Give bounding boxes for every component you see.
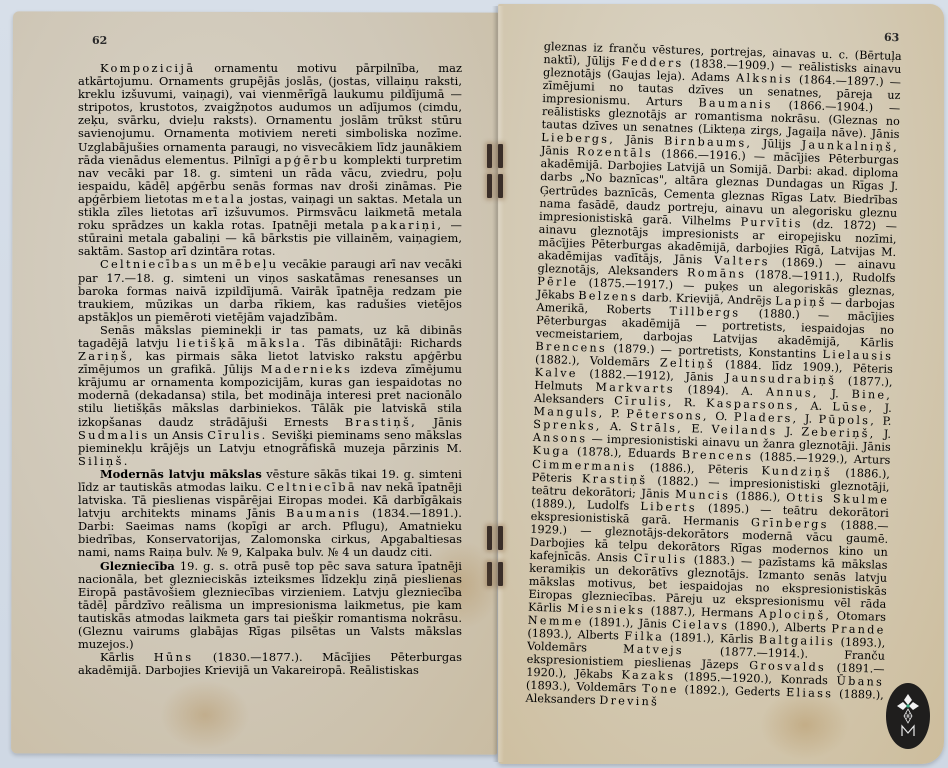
spaced-emphasis: Sudmalis xyxy=(78,428,150,442)
page-number-left: 62 xyxy=(92,34,107,47)
text-run: J. xyxy=(777,425,801,439)
paragraph: Celtniecības un mēbeļu vecākie paraugi a… xyxy=(78,258,462,323)
page-number-right: 63 xyxy=(884,31,900,45)
spaced-emphasis: Madernieks xyxy=(261,362,352,376)
text-run: un Ansis xyxy=(150,428,208,442)
text-run: R. xyxy=(674,396,707,410)
paragraph: Kārlis Hūns (1830.—1877.). Mācījies Pēte… xyxy=(78,651,462,677)
spaced-emphasis: Celtniecības xyxy=(100,257,199,271)
text-run: un xyxy=(199,257,222,271)
paragraph: Kompozicijā ornamentu motivu pārpilnība,… xyxy=(78,62,462,258)
spaced-emphasis: Bine, xyxy=(851,388,892,402)
bold-heading: Modernās latvju mākslas xyxy=(100,467,262,481)
spaced-emphasis: Filka xyxy=(624,630,664,644)
spaced-emphasis: Zariņš, xyxy=(78,349,135,363)
text-run: E. xyxy=(683,422,712,436)
watermark-logo xyxy=(886,683,930,749)
spaced-emphasis: Baumanis xyxy=(286,506,361,520)
text-run: J. xyxy=(874,402,892,415)
bold-heading: Glezniecība xyxy=(100,559,175,573)
text-run: P. xyxy=(604,407,626,421)
spaced-emphasis: Cīrulis. xyxy=(207,428,267,442)
spaced-emphasis: Eliass xyxy=(786,686,834,700)
water-stain xyxy=(160,680,250,750)
text-run: (1892.), Gederts xyxy=(678,683,786,699)
spaced-emphasis: Ūbans xyxy=(836,675,884,689)
spaced-emphasis: Pērle xyxy=(537,275,579,289)
right-page-text: gleznas iz franču vēstures, portrejas, a… xyxy=(525,40,901,715)
text-run: Jānis xyxy=(615,133,664,147)
spaced-emphasis: mēbeļu xyxy=(222,257,278,271)
text-run: J. xyxy=(819,387,852,401)
text-run: Jānis xyxy=(541,144,577,158)
text-run: 19. g. s. otrā pusē top pēc sava satura … xyxy=(78,559,462,652)
text-run: Jūlijs xyxy=(752,137,802,151)
spaced-emphasis: apģērbu xyxy=(275,153,339,167)
spaced-emphasis: lietišķā māksla. xyxy=(177,336,308,350)
spaced-emphasis: Kalve xyxy=(535,366,578,380)
left-page-text: Kompozicijā ornamentu motivu pārpilnība,… xyxy=(78,62,462,677)
text-run: Kārlis xyxy=(100,650,154,664)
text-run: Tās dibinātāji: Richards xyxy=(307,336,462,350)
book-gutter xyxy=(492,6,504,762)
spaced-emphasis: metala xyxy=(192,192,245,206)
folk-ornament-logo-icon xyxy=(893,690,923,742)
text-run: (1866.—1916.) — mācījies Pēterburgas aka… xyxy=(539,147,899,228)
text-run: J. xyxy=(798,413,818,427)
paragraph: Senās mākslas pieminekļi ir tas pamats, … xyxy=(78,324,462,468)
spaced-emphasis: Drevinš xyxy=(599,694,659,709)
spaced-emphasis: pakariņi, xyxy=(371,218,443,232)
spaced-emphasis: Kuga xyxy=(532,444,571,458)
spaced-emphasis: Hūns xyxy=(154,650,194,664)
paragraph: Modernās latvju mākslas vēsture sākās ti… xyxy=(78,468,462,560)
spaced-emphasis: Brastiņš, xyxy=(345,415,417,429)
spaced-emphasis: Tone xyxy=(642,682,679,696)
spaced-emphasis: Kompozicijā xyxy=(100,61,195,75)
spaced-emphasis: Celtniecībā xyxy=(266,480,357,494)
text-run: O. xyxy=(709,410,734,424)
text-run: Jānis xyxy=(417,415,462,429)
text-run: A. xyxy=(800,400,832,414)
spaced-emphasis: Lūse, xyxy=(832,400,874,414)
text-run: J. xyxy=(875,428,891,441)
paragraph: gleznas iz franču vēstures, portrejas, a… xyxy=(525,40,901,715)
paragraph: Glezniecība 19. g. s. otrā pusē top pēc … xyxy=(78,560,462,652)
text-run: P. xyxy=(876,415,892,428)
spaced-emphasis: Siliņš. xyxy=(78,454,130,468)
text-run: ornamentu motivu pārpilnība, maz atkārto… xyxy=(78,61,462,167)
staple-top xyxy=(484,140,506,202)
text-run: A. xyxy=(602,420,631,434)
